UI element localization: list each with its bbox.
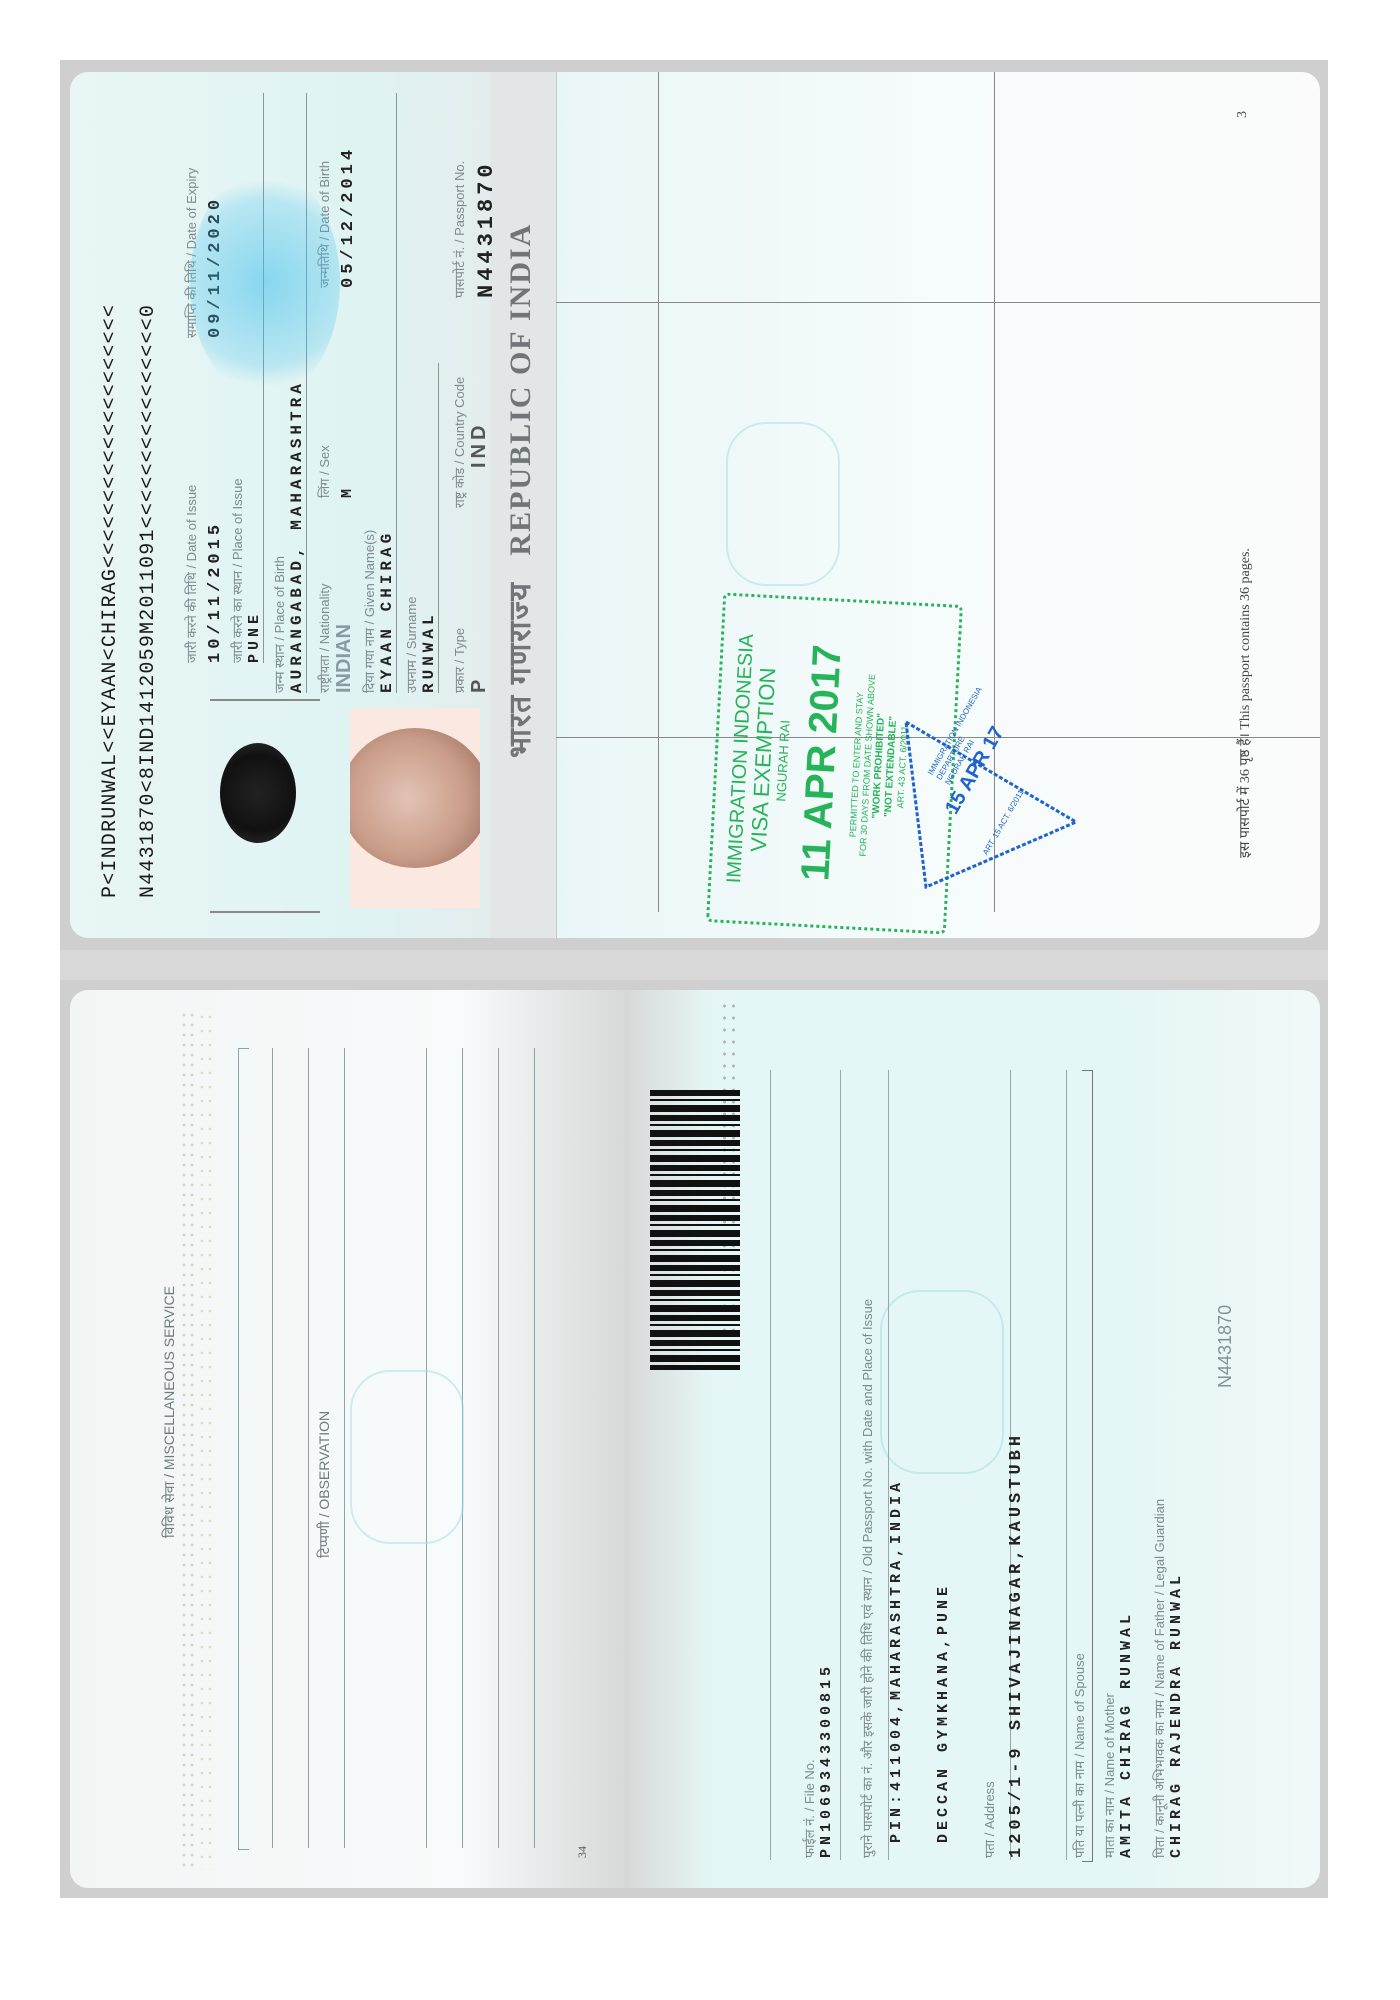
mother-value: AMITA CHIRAG RUNWAL <box>1118 1611 1135 1858</box>
date-of-issue-value: 10/11/2015 <box>206 485 225 663</box>
baby-face <box>350 728 480 868</box>
misc-service-title: विविध सेवा / MISCELLANEOUS SERVICE <box>160 1286 179 1538</box>
page-number: 34 <box>575 1846 590 1858</box>
address-line-2: DECCAN GYMKHANA,PUNE <box>935 1583 952 1843</box>
observation-page: टिप्पणी / OBSERVATION विविध सेवा / MISCE… <box>70 990 630 1888</box>
nationality-value: INDIAN <box>333 584 356 694</box>
header-hindi: भारत गणराज्य <box>504 581 537 758</box>
passport-scan: भारत गणराज्य REPUBLIC OF INDIA प्रकार / … <box>60 60 1328 1898</box>
header-title: REPUBLIC OF INDIA <box>504 223 537 556</box>
father-label: पिता / कानूनी अभिभावक का नाम / Name of F… <box>1150 1499 1168 1858</box>
ghost-image <box>190 168 340 398</box>
grid-line <box>658 72 659 912</box>
exit-stamp: 15 APR 17 IMMIGRATION INDONESIA DEPARTUR… <box>886 712 1086 892</box>
grid-line <box>556 72 557 938</box>
father-value: CHIRAG RAJENDRA RUNWAL <box>1168 1499 1185 1858</box>
file-no-label: फाईल नं. / File No. <box>800 1663 818 1858</box>
sex-value: M <box>339 445 356 498</box>
spouse-label: पति या पत्नी का नाम / Name of Spouse <box>1070 1653 1088 1858</box>
file-no-value: PN1069343300815 <box>818 1663 835 1858</box>
data-page: भारत गणराज्य REPUBLIC OF INDIA प्रकार / … <box>70 72 556 938</box>
barcode-text: N4431870 <box>1215 1305 1236 1388</box>
address-label: पता / Address <box>980 1432 998 1858</box>
top-spread: भारत गणराज्य REPUBLIC OF INDIA प्रकार / … <box>60 60 1328 950</box>
mrz-line-1: P<INDRUNWAL<<EYAAN<CHIRAG<<<<<<<<<<<<<<<… <box>92 304 130 898</box>
page-number: 3 <box>1235 111 1251 118</box>
pages-footer: इस पासपोर्ट में 36 पृष्ठ हैं। This passp… <box>1235 548 1254 858</box>
mrz: P<INDRUNWAL<<EYAAN<CHIRAG<<<<<<<<<<<<<<<… <box>92 304 168 898</box>
grid-line <box>556 302 1320 303</box>
observation-title: टिप्पणी / OBSERVATION <box>315 1411 334 1558</box>
passport-no-label: पासपोर्ट नं. / Passport No. <box>450 160 468 298</box>
surname-value: RUNWAL <box>420 363 438 693</box>
address-line-3: PIN:411004,MAHARASHTRA,INDIA <box>888 1479 905 1843</box>
address-line-1: 1205/1-9 SHIVAJINAGAR,KAUSTUBH <box>998 1432 1036 1858</box>
bottom-spread: टिप्पणी / OBSERVATION विविध सेवा / MISCE… <box>60 980 1328 1898</box>
signature-frame <box>210 699 320 913</box>
passport-no-value: N4431870 <box>474 160 499 298</box>
old-passport-label: पुराने पासपोर्ट का नं. और इसके जारी होने… <box>858 1299 876 1858</box>
visa-page: इस पासपोर्ट में 36 पृष्ठ हैं। This passp… <box>556 72 1320 938</box>
sex-label: लिंग / Sex <box>315 445 333 498</box>
given-names-label: दिया गया नाम / Given Name(s) <box>360 93 378 693</box>
holder-photo <box>350 708 480 908</box>
country-code-value: IND <box>468 377 491 468</box>
emblem-watermark <box>726 422 840 586</box>
type-label: प्रकार / Type <box>450 628 468 693</box>
mrz-line-2: N4431870<8IND1412059M2011091<<<<<<<<<<<<… <box>130 304 168 898</box>
dob-value: 05/12/2014 <box>339 146 358 288</box>
address-page: N4431870 पिता / कानूनी अभिभावक का नाम / … <box>630 990 1320 1888</box>
type-value: P <box>468 628 491 693</box>
date-of-issue-label: जारी करने की तिथि / Date of Issue <box>182 485 200 663</box>
surname-label: उपनाम / Surname <box>402 363 420 693</box>
page-header: भारत गणराज्य REPUBLIC OF INDIA <box>498 223 539 758</box>
given-names-value: EYAAN CHIRAG <box>378 93 396 693</box>
country-code-label: राष्ट्र कोड / Country Code <box>450 377 468 508</box>
mother-label: माता का नाम / Name of Mother <box>1100 1611 1118 1858</box>
nationality-label: राष्ट्रीयता / Nationality <box>315 584 333 694</box>
